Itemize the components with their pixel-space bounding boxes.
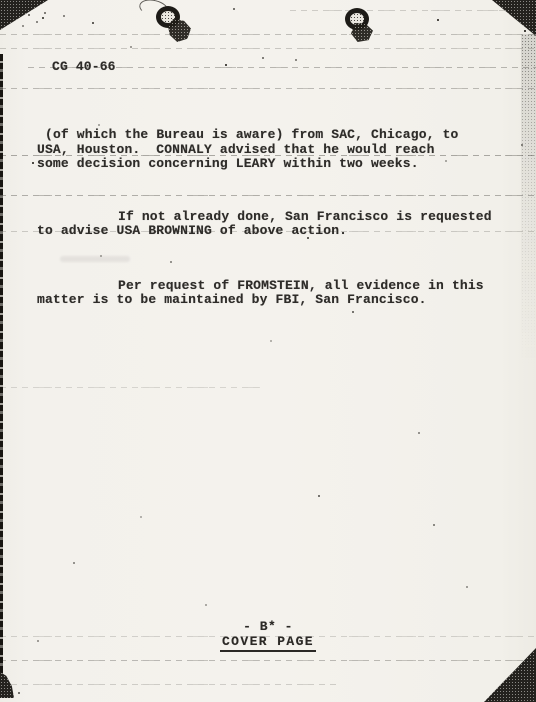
paragraph-3: Per request of FROMSTEIN, all evidence i… <box>37 279 492 308</box>
scanned-document-page: CG 40-66 (of which the Bureau is aware) … <box>0 0 536 702</box>
case-number: CG 40-66 <box>52 60 116 75</box>
corner-artifact-bottom-right <box>484 648 536 702</box>
scan-streak <box>0 34 536 35</box>
cover-page-title: COVER PAGE <box>220 635 316 652</box>
scan-streak <box>0 387 260 388</box>
page-edge-speckle-right <box>521 34 536 364</box>
scan-dust <box>0 0 2 2</box>
page-edge-artifact-left <box>0 54 3 698</box>
paragraph-2: If not already done, San Francisco is re… <box>37 210 492 239</box>
scan-streak <box>0 660 536 661</box>
scan-streak <box>0 684 340 685</box>
document-body: (of which the Bureau is aware) from SAC,… <box>37 99 492 337</box>
page-footer: - B* - COVER PAGE <box>0 620 536 652</box>
scan-streak <box>0 88 536 89</box>
ink-blob-bottom-left <box>0 672 14 698</box>
corner-artifact-top-left <box>0 0 48 30</box>
scan-streak <box>0 48 536 49</box>
ink-blob-tail-left <box>168 19 191 42</box>
corner-artifact-top-right <box>492 0 536 36</box>
paragraph-1: (of which the Bureau is aware) from SAC,… <box>37 128 492 172</box>
page-number-label: - B* - <box>0 620 536 634</box>
scan-streak <box>290 10 536 11</box>
ink-blob-tail-right <box>351 23 373 42</box>
